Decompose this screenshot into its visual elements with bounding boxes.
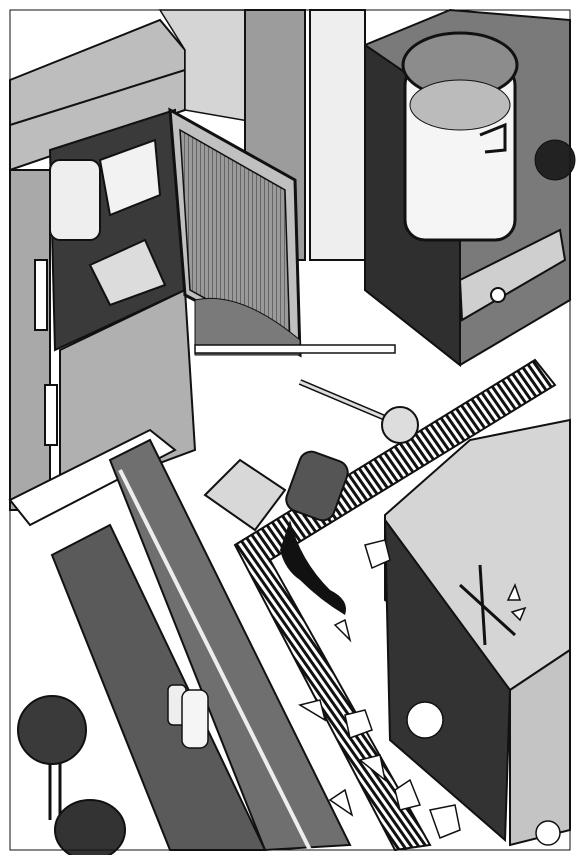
stock-pot	[403, 33, 517, 240]
manga-kitchen-illustration	[0, 0, 588, 855]
